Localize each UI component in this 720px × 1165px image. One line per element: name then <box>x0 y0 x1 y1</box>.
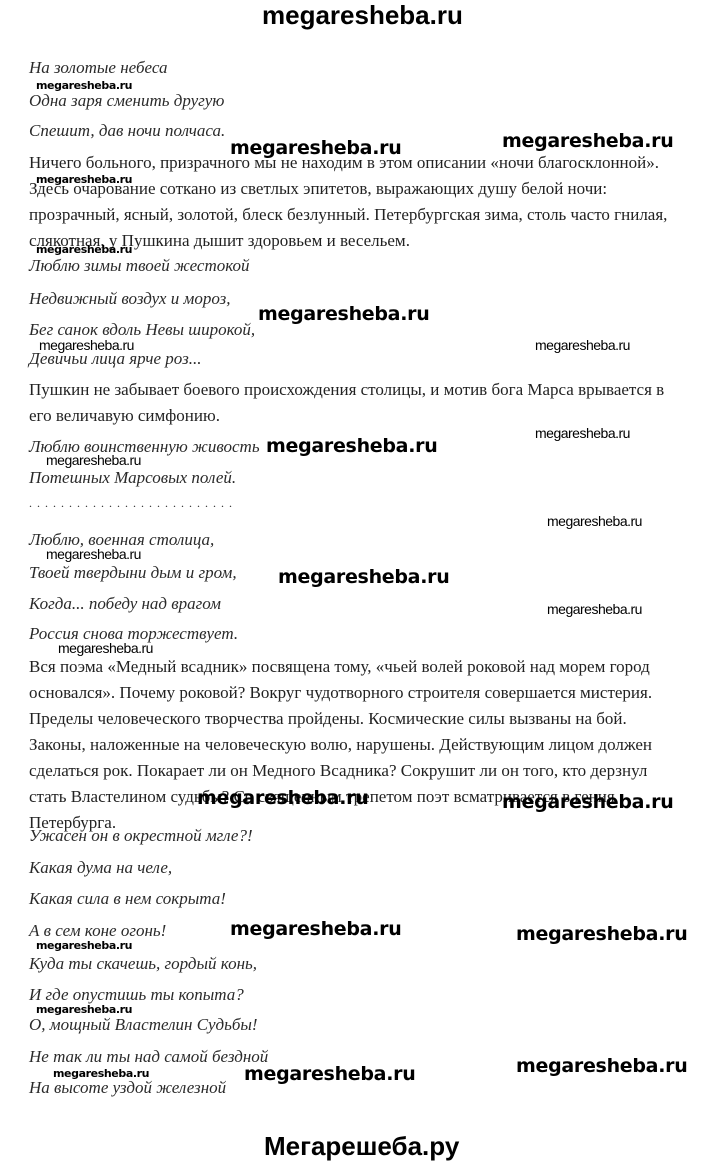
verse-line: На золотые небеса <box>29 58 167 78</box>
verse-line: Одна заря сменить другую <box>29 91 224 111</box>
prose-paragraph: Пушкин не забывает боевого происхождения… <box>29 377 699 429</box>
watermark: megaresheba.ru <box>39 337 134 353</box>
watermark: megaresheba.ru <box>230 918 401 940</box>
watermark: megaresheba.ru <box>535 337 630 353</box>
watermark: megaresheba.ru <box>58 640 153 656</box>
prose-line: Пушкин не забывает боевого происхождения… <box>29 377 699 403</box>
watermark: megaresheba.ru <box>230 137 401 159</box>
watermark: megaresheba.ru <box>36 1003 132 1016</box>
watermark: megaresheba.ru <box>46 546 141 562</box>
verse-line: Куда ты скачешь, гордый конь, <box>29 954 257 974</box>
watermark: megaresheba.ru <box>258 303 429 325</box>
watermark: megaresheba.ru <box>36 243 132 256</box>
verse-line: На высоте уздой железной <box>29 1078 226 1098</box>
verse-line: Не так ли ты над самой бездной <box>29 1047 268 1067</box>
verse-line: Твоей твердыни дым и гром, <box>29 563 237 583</box>
verse-line: Недвижный воздух и мороз, <box>29 289 230 309</box>
watermark: megaresheba.ru <box>36 173 132 186</box>
prose-line: Законы, наложенные на человеческую волю,… <box>29 732 699 758</box>
footer-site-watermark: Мегарешеба.ру <box>264 1131 459 1162</box>
verse-line: А в сем коне огонь! <box>29 921 166 941</box>
watermark: megaresheba.ru <box>516 1055 687 1077</box>
prose-paragraph: Ничего больного, призрачного мы не наход… <box>29 150 699 254</box>
prose-line: Вся поэма «Медный всадник» посвящена том… <box>29 654 699 680</box>
prose-line: прозрачный, ясный, золотой, блеск безлун… <box>29 202 699 228</box>
watermark: megaresheba.ru <box>36 939 132 952</box>
verse-line: Потешных Марсовых полей. <box>29 468 236 488</box>
verse-line: Люблю зимы твоей жестокой <box>29 256 250 276</box>
verse-line: Какая дума на челе, <box>29 858 172 878</box>
verse-line: Ужасен он в окрестной мгле?! <box>29 826 253 846</box>
prose-line: Пределы человеческого творчества пройден… <box>29 706 699 732</box>
watermark: megaresheba.ru <box>46 452 141 468</box>
watermark: megaresheba.ru <box>502 791 673 813</box>
header-site-watermark: megaresheba.ru <box>262 0 463 31</box>
verse-line: И где опустишь ты копыта? <box>29 985 244 1005</box>
watermark: megaresheba.ru <box>535 425 630 441</box>
verse-line: Когда... победу над врагом <box>29 594 221 614</box>
watermark: megaresheba.ru <box>516 923 687 945</box>
verse-line: Спешит, дав ночи полчаса. <box>29 121 225 141</box>
ellipsis-divider: . . . . . . . . . . . . . . . . . . . . … <box>29 496 233 511</box>
watermark: megaresheba.ru <box>266 435 437 457</box>
watermark: megaresheba.ru <box>197 787 368 809</box>
prose-line: основался». Почему роковой? Вокруг чудот… <box>29 680 699 706</box>
prose-line: сделаться рок. Покарает ли он Медного Вс… <box>29 758 699 784</box>
watermark: megaresheba.ru <box>547 601 642 617</box>
watermark: megaresheba.ru <box>278 566 449 588</box>
watermark: megaresheba.ru <box>547 513 642 529</box>
watermark: megaresheba.ru <box>244 1063 415 1085</box>
verse-line: Какая сила в нем сокрыта! <box>29 889 226 909</box>
watermark: megaresheba.ru <box>36 79 132 92</box>
verse-line: О, мощный Властелин Судьбы! <box>29 1015 258 1035</box>
watermark: megaresheba.ru <box>502 130 673 152</box>
watermark: megaresheba.ru <box>53 1067 149 1080</box>
